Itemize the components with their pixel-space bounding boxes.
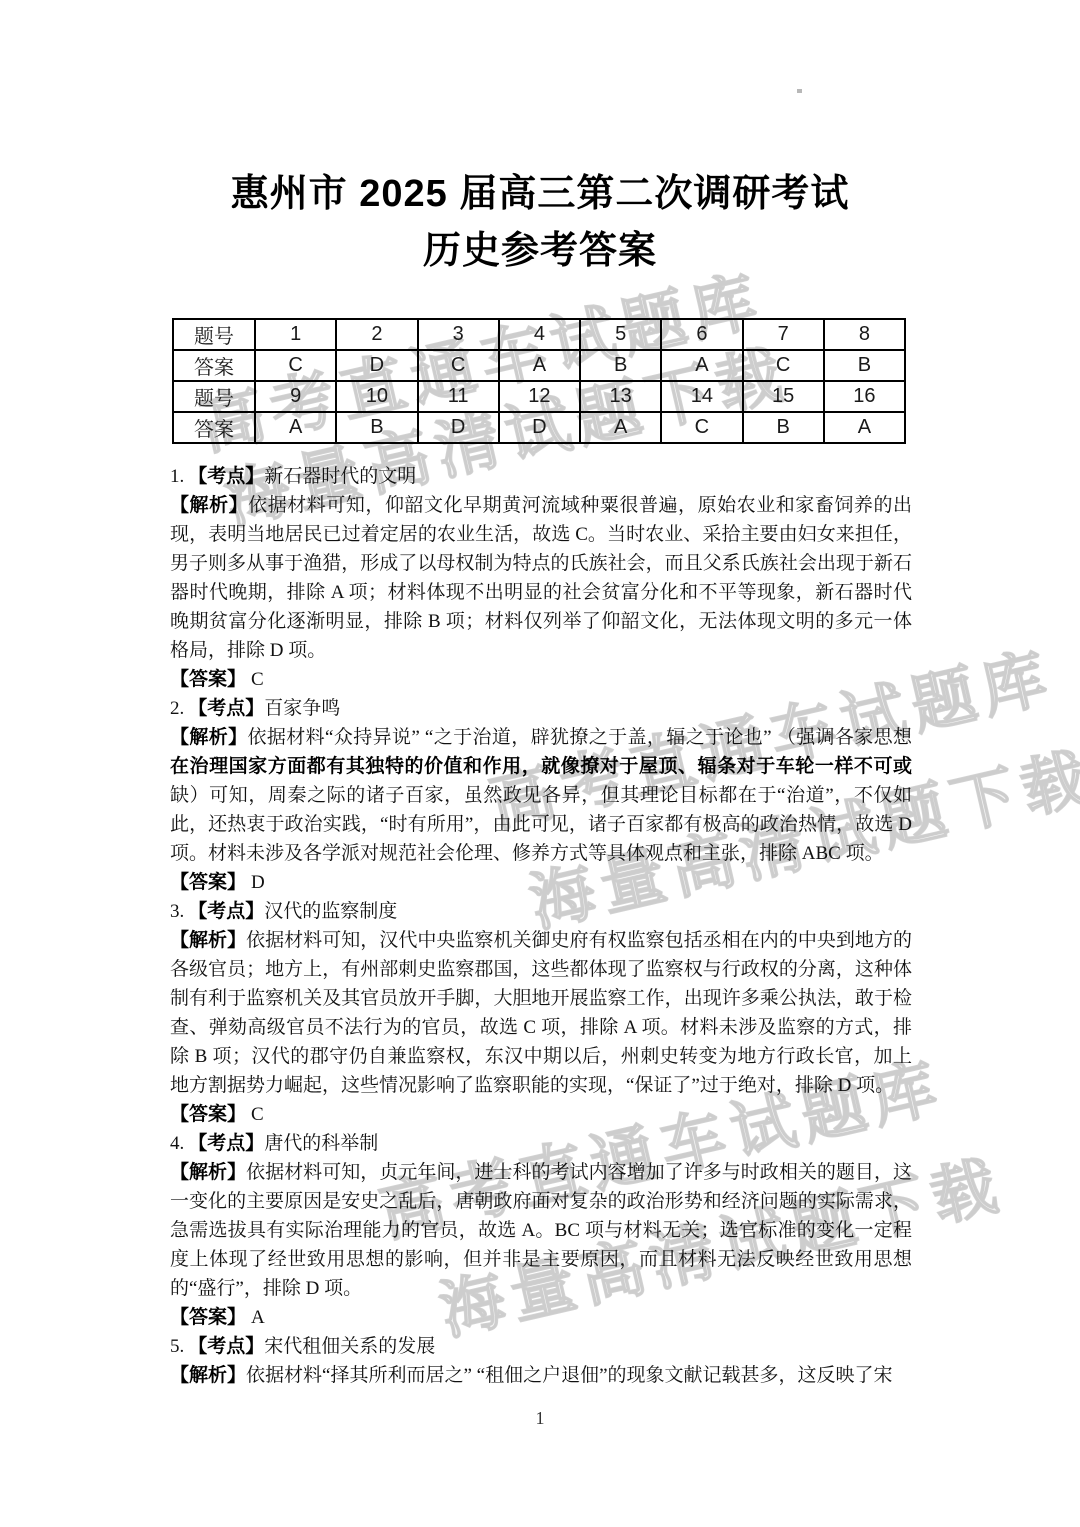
jiexi-label: 【解析】 <box>170 727 248 748</box>
jiexi-paragraph: 【解析】依据材料可知，汉代中央监察机关御史府有权监察包括丞相在内的中央到地方的各… <box>170 926 912 1100</box>
jiexi-paragraph: 【解析】依据材料可知，仰韶文化早期黄河流域种粟很普遍，原始农业和家畜饲养的出现，… <box>170 491 912 665</box>
table-row-answers: 答案 A B D D A C B A <box>173 412 905 443</box>
explanation-item-4: 4.【考点】唐代的科举制 【解析】依据材料可知，贞元年间，进士科的考试内容增加了… <box>170 1129 912 1332</box>
jiexi-label: 【解析】 <box>170 495 248 516</box>
answer-cell: B <box>336 412 417 443</box>
answer-cell: A <box>255 412 336 443</box>
question-number-cell: 6 <box>661 319 742 350</box>
kaodian-label: 【考点】 <box>188 1133 264 1154</box>
question-number-cell: 15 <box>743 381 824 412</box>
daan-letter: D <box>251 872 265 893</box>
daan-label: 【答案】 <box>170 1307 246 1328</box>
kaodian-text: 汉代的监察制度 <box>264 901 397 922</box>
kaodian-line: 1.【考点】新石器时代的文明 <box>170 462 912 491</box>
kaodian-line: 5.【考点】宋代租佃关系的发展 <box>170 1332 912 1361</box>
question-number-cell: 5 <box>580 319 661 350</box>
answer-cell: A <box>824 412 905 443</box>
page-number: 1 <box>0 1408 1080 1429</box>
jiexi-text: 依据材料“众持异说” “之于治道，辟犹撩之于盖，辐之于论也” （强调各家思想 <box>248 727 912 748</box>
answer-cell: D <box>418 412 499 443</box>
answer-cell: C <box>743 350 824 381</box>
kaodian-label: 【考点】 <box>188 466 264 487</box>
answer-key-table-wrap: 题号 1 2 3 4 5 6 7 8 答案 C D C A B <box>172 318 906 444</box>
explanation-item-5: 5.【考点】宋代租佃关系的发展 【解析】依据材料“择其所利而居之” “租佃之户退… <box>170 1332 912 1390</box>
daan-letter: A <box>251 1307 265 1328</box>
explanation-item-2: 2.【考点】百家争鸣 【解析】依据材料“众持异说” “之于治道，辟犹撩之于盖，辐… <box>170 694 912 897</box>
answer-cell: A <box>580 412 661 443</box>
kaodian-line: 4.【考点】唐代的科举制 <box>170 1129 912 1158</box>
explanation-item-3: 3.【考点】汉代的监察制度 【解析】依据材料可知，汉代中央监察机关御史府有权监察… <box>170 897 912 1129</box>
table-row-question-numbers: 题号 9 10 11 12 13 14 15 16 <box>173 381 905 412</box>
question-number-cell: 7 <box>743 319 824 350</box>
row-header-cell: 答案 <box>173 412 255 443</box>
question-number-cell: 16 <box>824 381 905 412</box>
kaodian-text: 唐代的科举制 <box>264 1133 378 1154</box>
answer-cell: A <box>499 350 580 381</box>
jiexi-label: 【解析】 <box>170 930 246 951</box>
question-number: 2. <box>170 698 184 719</box>
scan-artifact-dot <box>797 89 802 93</box>
answer-cell: D <box>499 412 580 443</box>
kaodian-label: 【考点】 <box>188 1336 264 1357</box>
kaodian-label: 【考点】 <box>188 901 264 922</box>
answer-cell: A <box>661 350 742 381</box>
question-number-cell: 9 <box>255 381 336 412</box>
jiexi-paragraph: 【解析】依据材料可知，贞元年间，进士科的考试内容增加了许多与时政相关的题目，这一… <box>170 1158 912 1303</box>
question-number: 4. <box>170 1133 184 1154</box>
jiexi-text: 依据材料“择其所利而居之” “租佃之户退佃”的现象文献记载甚多，这反映了宋 <box>246 1365 892 1386</box>
jiexi-label: 【解析】 <box>170 1162 246 1183</box>
question-number-cell: 3 <box>418 319 499 350</box>
daan-letter: C <box>251 1104 264 1125</box>
jiexi-paragraph: 【解析】依据材料“众持异说” “之于治道，辟犹撩之于盖，辐之于论也” （强调各家… <box>170 723 912 868</box>
jiexi-text: 依据材料可知，汉代中央监察机关御史府有权监察包括丞相在内的中央到地方的各级官员；… <box>170 930 912 1096</box>
document-title-line1: 惠州市 2025 届高三第二次调研考试 <box>0 172 1080 216</box>
answer-key-table: 题号 1 2 3 4 5 6 7 8 答案 C D C A B <box>172 318 906 444</box>
answer-cell: C <box>661 412 742 443</box>
question-number-cell: 13 <box>580 381 661 412</box>
question-number: 1. <box>170 466 184 487</box>
row-header-cell: 题号 <box>173 381 255 412</box>
question-number-cell: 11 <box>418 381 499 412</box>
answer-cell: B <box>824 350 905 381</box>
document-page: 高考直通车试题库 海量高清试题下载 高考直通车试题库 海量高清试题下载 高考直通… <box>0 0 1080 1527</box>
document-title-line2: 历史参考答案 <box>0 229 1080 273</box>
row-header-cell: 答案 <box>173 350 255 381</box>
question-number-cell: 1 <box>255 319 336 350</box>
jiexi-text-end: 缺）可知，周秦之际的诸子百家，虽然政见各异，但其理论目标都在于“治道”，不仅如此… <box>170 785 912 864</box>
explanation-item-1: 1.【考点】新石器时代的文明 【解析】依据材料可知，仰韶文化早期黄河流域种粟很普… <box>170 462 912 694</box>
kaodian-line: 2.【考点】百家争鸣 <box>170 694 912 723</box>
question-number-cell: 10 <box>336 381 417 412</box>
kaodian-label: 【考点】 <box>188 698 264 719</box>
daan-letter: C <box>251 669 264 690</box>
answer-cell: C <box>255 350 336 381</box>
daan-line: 【答案】C <box>170 1100 912 1129</box>
answer-cell: B <box>743 412 824 443</box>
daan-label: 【答案】 <box>170 1104 246 1125</box>
question-number: 3. <box>170 901 184 922</box>
jiexi-text: 依据材料可知，贞元年间，进士科的考试内容增加了许多与时政相关的题目，这一变化的主… <box>170 1162 912 1299</box>
daan-line: 【答案】C <box>170 665 912 694</box>
row-header-cell: 题号 <box>173 319 255 350</box>
jiexi-paragraph: 【解析】依据材料“择其所利而居之” “租佃之户退佃”的现象文献记载甚多，这反映了… <box>170 1361 912 1390</box>
jiexi-bold-text: 在治理国家方面都有其独特的价值和作用，就像撩对于屋顶、辐条对于车轮一样不可或 <box>170 756 912 777</box>
jiexi-label: 【解析】 <box>170 1365 246 1386</box>
daan-label: 【答案】 <box>170 872 246 893</box>
question-number: 5. <box>170 1336 184 1357</box>
table-row-question-numbers: 题号 1 2 3 4 5 6 7 8 <box>173 319 905 350</box>
answer-cell: C <box>418 350 499 381</box>
question-number-cell: 4 <box>499 319 580 350</box>
answer-cell: D <box>336 350 417 381</box>
kaodian-text: 百家争鸣 <box>264 698 340 719</box>
kaodian-text: 宋代租佃关系的发展 <box>264 1336 435 1357</box>
daan-line: 【答案】D <box>170 868 912 897</box>
answer-cell: B <box>580 350 661 381</box>
question-number-cell: 8 <box>824 319 905 350</box>
question-number-cell: 14 <box>661 381 742 412</box>
question-number-cell: 2 <box>336 319 417 350</box>
jiexi-text: 依据材料可知，仰韶文化早期黄河流域种粟很普遍，原始农业和家畜饲养的出现，表明当地… <box>170 495 912 661</box>
daan-line: 【答案】A <box>170 1303 912 1332</box>
question-number-cell: 12 <box>499 381 580 412</box>
explanations-section: 1.【考点】新石器时代的文明 【解析】依据材料可知，仰韶文化早期黄河流域种粟很普… <box>170 462 912 1390</box>
table-row-answers: 答案 C D C A B A C B <box>173 350 905 381</box>
kaodian-text: 新石器时代的文明 <box>264 466 416 487</box>
daan-label: 【答案】 <box>170 669 246 690</box>
kaodian-line: 3.【考点】汉代的监察制度 <box>170 897 912 926</box>
